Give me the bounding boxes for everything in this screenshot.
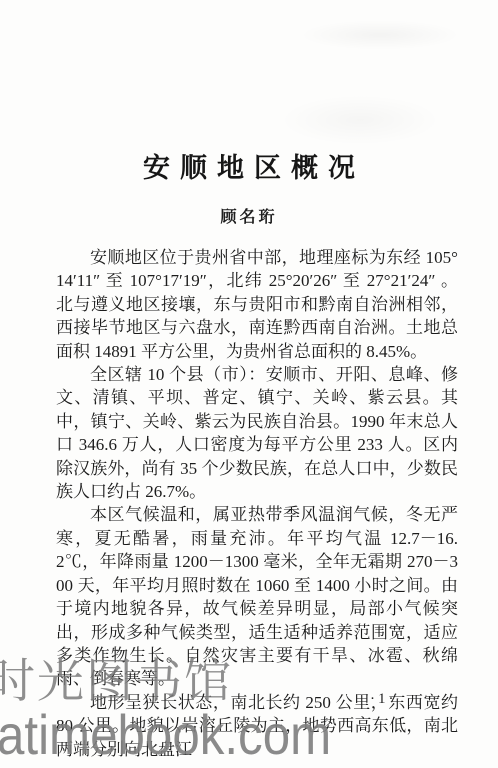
book-page: 安顺地区概况 顾名珩 安顺地区位于贵州省中部，地理座标为东经 105°14′11… xyxy=(0,0,498,768)
paragraph-terrain: 地形呈狭长状态，南北长约 250 公里，东西宽约 80 公里。地貌以岩溶丘陵为主… xyxy=(56,691,458,761)
page-number: ·1· xyxy=(370,691,397,708)
body-text: 安顺地区位于贵州省中部，地理座标为东经 105°14′11″ 至 107°17′… xyxy=(56,246,458,761)
scan-smudge xyxy=(280,95,440,145)
scan-smudge xyxy=(300,20,460,50)
author-name: 顾名珩 xyxy=(0,204,498,227)
paragraph-location: 安顺地区位于贵州省中部，地理座标为东经 105°14′11″ 至 107°17′… xyxy=(56,246,458,363)
paragraph-climate: 本区气候温和，属亚热带季风温润气候，冬无严寒，夏无酷暑，雨量充沛。年平均气温 1… xyxy=(56,503,458,690)
page-title: 安顺地区概况 xyxy=(0,146,498,185)
paragraph-administration-population: 全区辖 10 个县（市）：安顺市、开阳、息峰、修文、清镇、平坝、普定、镇宁、关岭… xyxy=(56,363,458,503)
